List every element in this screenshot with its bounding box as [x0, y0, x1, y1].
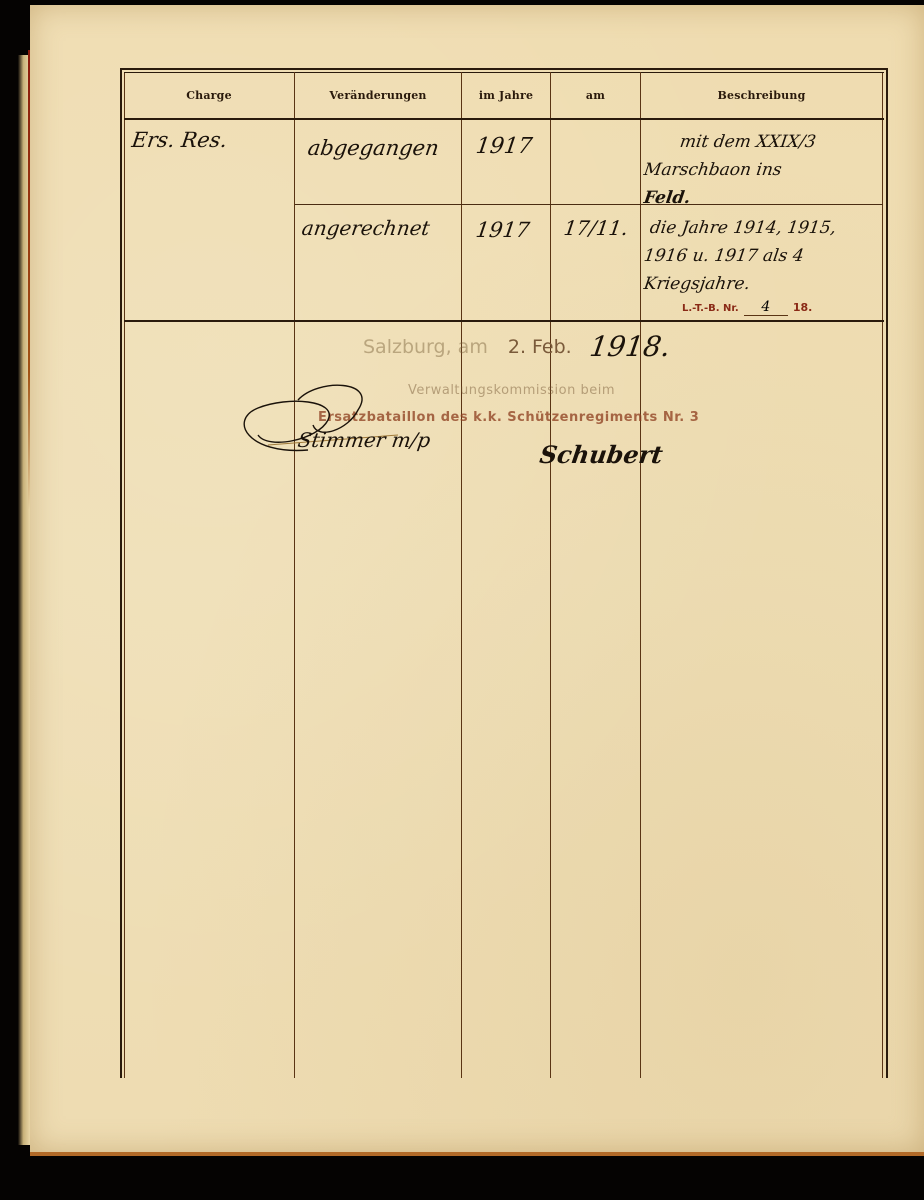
- place-date-stamp: Salzburg, am 2. Feb.: [363, 336, 572, 358]
- table-left-border-outer: [120, 68, 122, 1078]
- header-bottom-rule: [124, 118, 884, 120]
- row1-beschreibung-line2: Marschbaon ins: [643, 160, 783, 180]
- row1-beschreibung-line3: Feld.: [643, 188, 692, 208]
- row1-im-jahre: 1917: [474, 134, 534, 159]
- reference-stamp-number: 4: [744, 299, 788, 316]
- reference-stamp-prefix: L.-T.-B. Nr.: [682, 303, 739, 314]
- entry-block-bottom-rule: [124, 320, 884, 322]
- header-beschreibung: Beschreibung: [641, 72, 882, 118]
- row-separator-1: [295, 204, 883, 205]
- row2-am: 17/11.: [562, 216, 629, 240]
- column-divider-4: [640, 72, 641, 1078]
- record-table: Charge Veränderungen im Jahre am Beschre…: [120, 68, 888, 1078]
- row2-veraenderungen: angerechnet: [300, 216, 431, 240]
- table-right-border-outer: [886, 68, 888, 1078]
- row2-im-jahre: 1917: [474, 218, 531, 242]
- header-am: am: [551, 72, 640, 118]
- signature-left: Stimmer m/p: [296, 428, 432, 452]
- row2-beschreibung-line3: Kriegsjahre.: [643, 274, 752, 294]
- reference-stamp-suffix: 18.: [793, 301, 813, 314]
- row1-beschreibung-line1: mit dem XXIX/3: [679, 132, 818, 152]
- header-im-jahre: im Jahre: [462, 72, 550, 118]
- year-handwritten: 1918.: [588, 330, 673, 363]
- signature-right: Schubert: [538, 440, 665, 469]
- date-text: 2. Feb.: [508, 336, 572, 358]
- place-text: Salzburg, am: [363, 336, 488, 358]
- row2-beschreibung-line2: 1916 u. 1917 als 4: [643, 246, 805, 266]
- table-right-border-inner: [882, 72, 883, 1078]
- row1-charge: Ers. Res.: [130, 128, 229, 152]
- table-top-border: [120, 68, 888, 70]
- header-charge: Charge: [124, 72, 294, 118]
- column-divider-3: [550, 72, 551, 1078]
- reference-stamp: L.-T.-B. Nr. 4 18.: [682, 296, 812, 316]
- column-divider-2: [461, 72, 462, 1078]
- row1-veraenderungen: abgegangen: [306, 136, 440, 160]
- header-veraenderungen: Veränderungen: [295, 72, 461, 118]
- column-divider-1: [294, 72, 295, 1078]
- row2-beschreibung-line1: die Jahre 1914, 1915,: [649, 218, 838, 238]
- table-left-border-inner: [124, 72, 125, 1078]
